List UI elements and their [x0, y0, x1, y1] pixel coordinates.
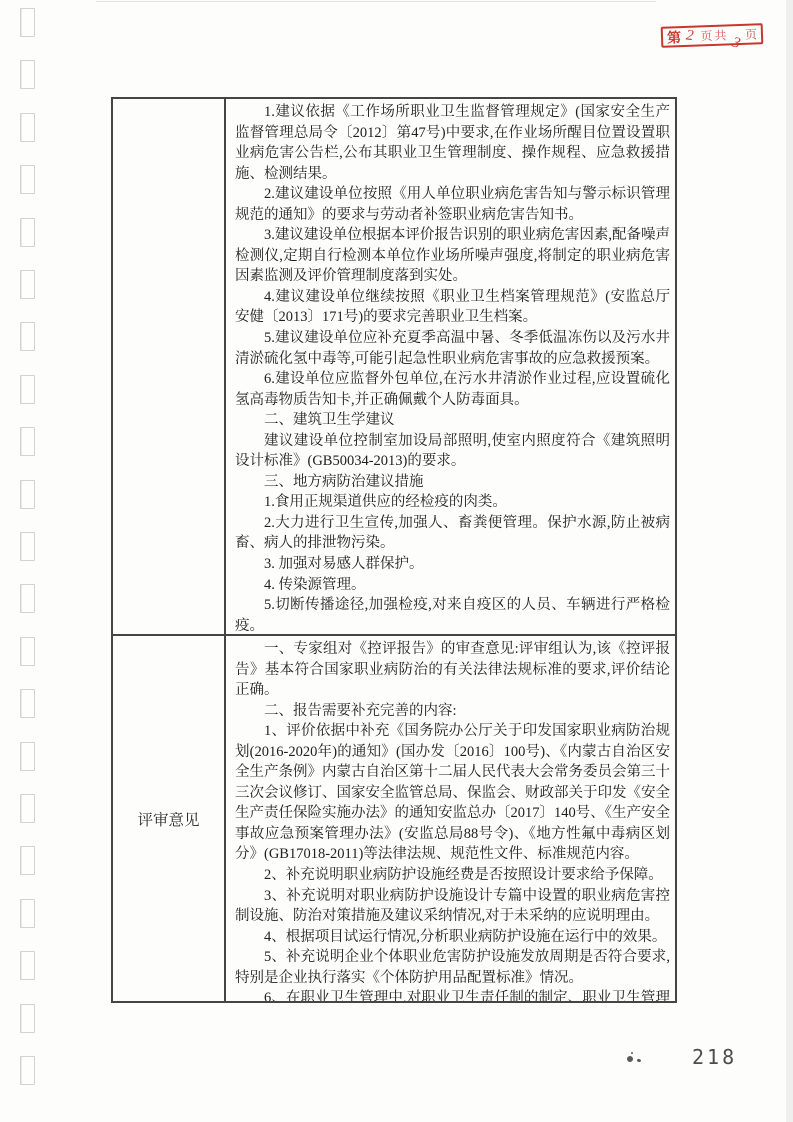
paragraph: 5、补充说明企业个体职业危害防护设施发放周期是否符合要求,特别是企业执行落实《个…: [235, 947, 670, 988]
binding-hole: [20, 637, 35, 666]
page-stamp: 第 2 页共 3 页: [661, 23, 764, 48]
stamp-middle-text: 页共: [700, 26, 729, 44]
binding-hole: [20, 951, 35, 980]
binding-hole: [20, 1056, 35, 1085]
scan-edge-shadow: [786, 0, 793, 1122]
binding-hole: [20, 742, 35, 771]
binding-hole: [20, 322, 35, 351]
paragraph: 1、评价依据中补充《国务院办公厅关于印发国家职业病防治规划(2016-2020年…: [235, 721, 670, 865]
binding-hole: [20, 60, 35, 89]
stamp-total-pages: 3: [730, 34, 742, 52]
paragraph: 1.建议依据《工作场所职业卫生监督管理规定》(国家安全生产监督管理总局令〔201…: [235, 102, 670, 184]
binding-hole: [20, 584, 35, 613]
binding-hole: [20, 8, 35, 37]
review-opinion-label: 评审意见: [137, 808, 199, 830]
paragraph: 4、根据项目试运行情况,分析职业病防护设施在运行中的效果。: [235, 927, 670, 948]
paragraph: 3. 加强对易感人群保护。: [235, 554, 670, 575]
binding-hole: [20, 218, 35, 247]
scanned-page: 第 2 页共 3 页 1.建议依据《工作场所职业卫生监督管理规定》(国家安全生产…: [0, 0, 793, 1122]
stamp-suffix: 页: [745, 25, 758, 42]
paragraph: 4. 传染源管理。: [235, 575, 670, 596]
paragraph: 三、地方病防治建议措施: [235, 472, 670, 493]
paragraph: 1.食用正规渠道供应的经检疫的肉类。: [235, 492, 670, 513]
report-table: 1.建议依据《工作场所职业卫生监督管理规定》(国家安全生产监督管理总局令〔201…: [111, 97, 677, 1003]
paragraph: 建议建设单位控制室加设局部照明,使室内照度符合《建筑照明设计标准》(GB5003…: [235, 431, 670, 472]
paragraph: 5.切断传播途径,加强检疫,对来自疫区的人员、车辆进行严格检疫。: [235, 595, 670, 636]
paragraph: 3、补充说明对职业病防护设施设计专篇中设置的职业病危害控制设施、防治对策措施及建…: [235, 886, 670, 927]
paragraph: 6.建设单位应监督外包单位,在污水井清淤作业过程,应设置硫化氢高毒物质告知卡,并…: [235, 369, 670, 410]
paragraph: 二、报告需要补充完善的内容:: [235, 701, 670, 722]
review-opinion-label-cell: 评审意见: [113, 636, 226, 1001]
binding-hole: [20, 270, 35, 299]
binding-hole: [20, 480, 35, 509]
paragraph: 6、在职业卫生管理中,对职业卫生责任制的制定、职业卫生管理制: [235, 988, 670, 1001]
binding-hole: [20, 1004, 35, 1033]
paragraph: 一、专家组对《控评报告》的审查意见:评审组认为,该《控评报告》基本符合国家职业病…: [235, 639, 670, 701]
binding-hole: [20, 899, 35, 928]
review-opinion-content-cell: 一、专家组对《控评报告》的审查意见:评审组认为,该《控评报告》基本符合国家职业病…: [226, 636, 675, 1001]
ink-mark: [627, 1051, 645, 1065]
binding-hole: [20, 846, 35, 875]
binding-hole: [20, 113, 35, 142]
paragraph: 5.建议建设单位应补充夏季高温中暑、冬季低温冻伤以及污水井清淤硫化氢中毒等,可能…: [235, 328, 670, 369]
page-number: 218: [692, 1045, 737, 1069]
binding-strip: [0, 0, 60, 1122]
scan-artifact-line: [96, 1, 656, 2]
row1-label-cell: [113, 99, 226, 636]
binding-hole: [20, 375, 35, 404]
binding-hole: [20, 165, 35, 194]
stamp-prefix: 第: [667, 27, 682, 47]
paragraph: 4.建议建设单位继续按照《职业卫生档案管理规范》(安监总厅安健〔2013〕171…: [235, 287, 670, 328]
binding-hole: [20, 532, 35, 561]
paragraph: 3.建议建设单位根据本评价报告识别的职业病危害因素,配备噪声检测仪,定期自行检测…: [235, 225, 670, 287]
paragraph: 2.建议建设单位按照《用人单位职业病危害告知与警示标识管理规范的通知》的要求与劳…: [235, 184, 670, 225]
paragraph: 2.大力进行卫生宣传,加强人、畜粪便管理。保护水源,防止被病畜、病人的排泄物污染…: [235, 513, 670, 554]
binding-hole: [20, 427, 35, 456]
paragraph: 二、建筑卫生学建议: [235, 410, 670, 431]
binding-hole: [20, 794, 35, 823]
stamp-current-page: 2: [685, 27, 694, 45]
binding-hole: [20, 689, 35, 718]
row1-content-cell: 1.建议依据《工作场所职业卫生监督管理规定》(国家安全生产监督管理总局令〔201…: [226, 99, 675, 636]
paragraph: 2、补充说明职业病防护设施经费是否按照设计要求给予保障。: [235, 865, 670, 886]
